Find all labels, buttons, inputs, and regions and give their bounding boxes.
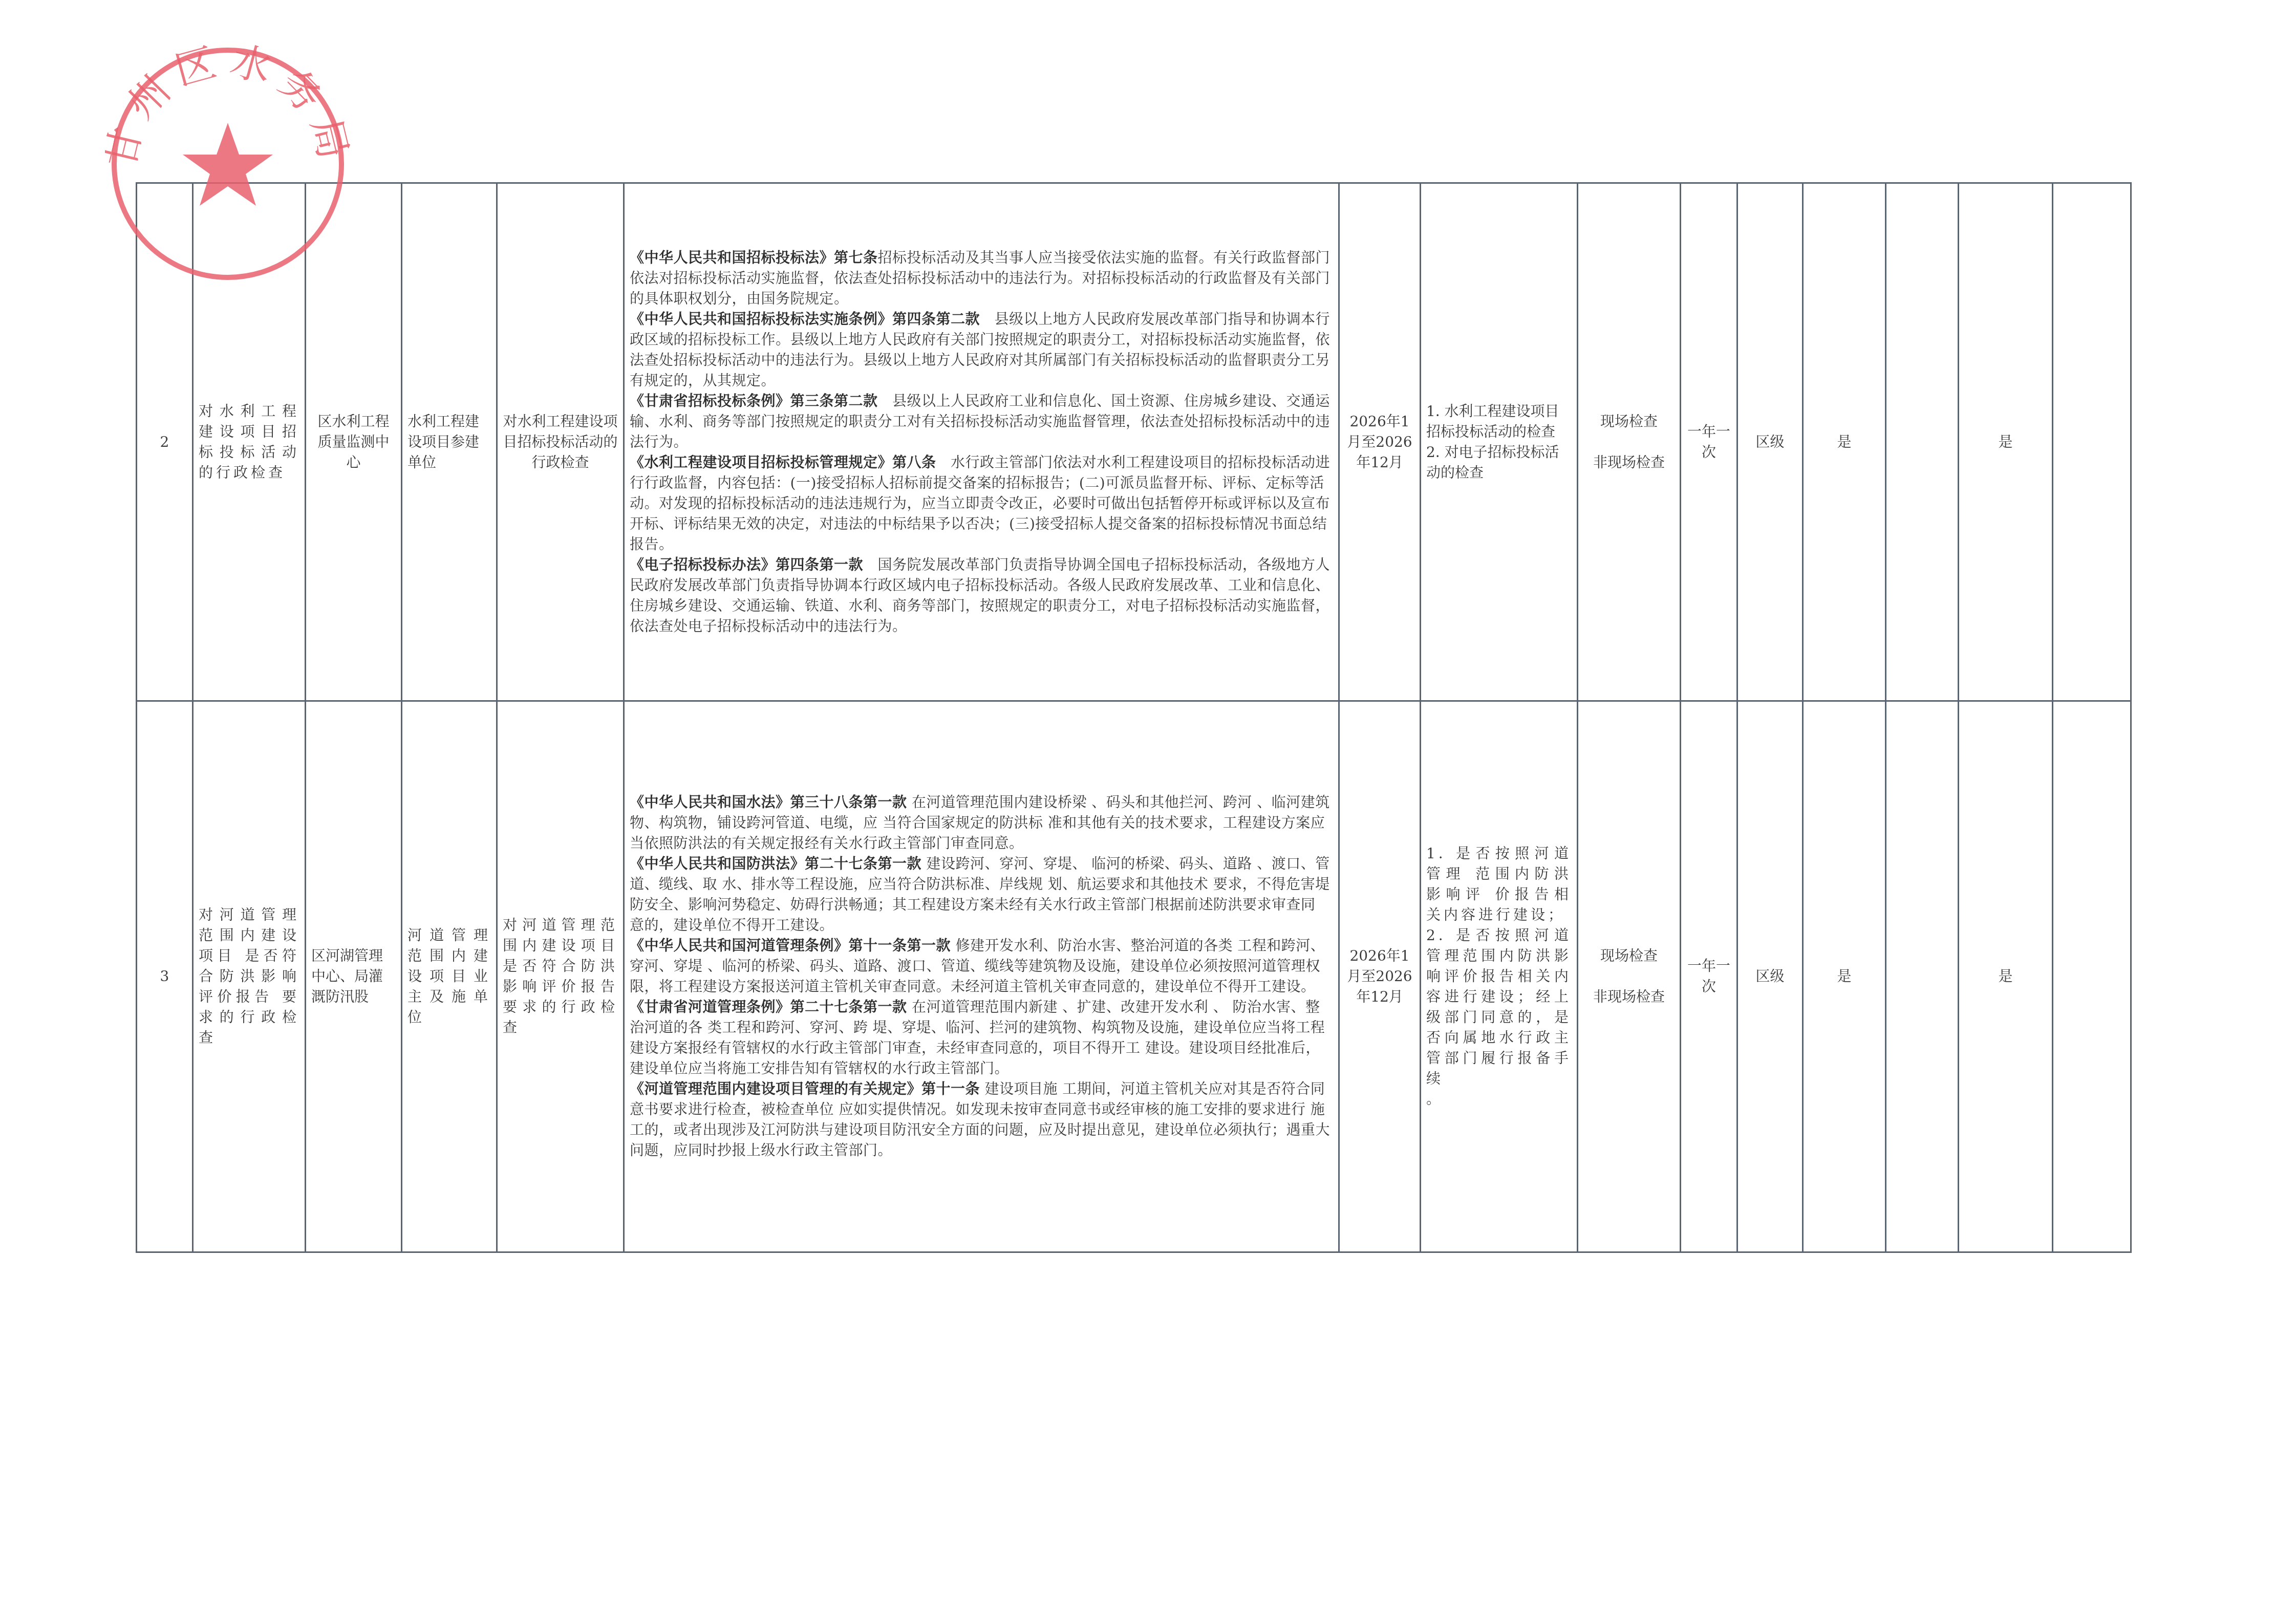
basis-clause: 《甘肃省河道管理条例》第二十七条第一款 在河道管理范围内新建 、扩建、改建开发水… <box>630 997 1333 1079</box>
basis-clause: 《中华人民共和国水法》第三十八条第一款 在河道管理范围内建设桥梁 、码头和其他拦… <box>630 792 1333 854</box>
flag-a: 是 <box>1803 183 1886 701</box>
inspection-content: 对河道管理范围内建设项目是否符合防洪影响评价报告要求的行政检查 <box>497 701 624 1252</box>
seal-text: 甘州区水务局 <box>105 41 351 172</box>
row-index: 2 <box>137 183 193 701</box>
inspection-items: 1. 水利工程建设项目招标投标活动的检查 2. 对电子招标投标活动的检查 <box>1421 183 1578 701</box>
inspection-item: 1. 是否按照河道管理 范围内防洪影响评 价报告相关内容进行建设； <box>1426 843 1572 925</box>
svg-text:甘州区水务局: 甘州区水务局 <box>105 41 351 172</box>
inspection-frequency: 一年一次 <box>1681 183 1737 701</box>
flag-c: 是 <box>1959 701 2053 1252</box>
table-row: 2 对水利工程建设项目招标投标活动的行政检查 区水利工程质量监测中心 水利工程建… <box>137 183 2131 701</box>
basis-clause: 《河道管理范围内建设项目管理的有关规定》第十一条 建设项目施 工期间，河道主管机… <box>630 1079 1333 1161</box>
basis-clause: 《中华人民共和国防洪法》第二十七条第一款 建设跨河、穿河、穿堤、 临河的桥梁、码… <box>630 854 1333 936</box>
basis-clause: 《电子招标投标办法》第四条第一款 国务院发展改革部门负责指导协调全国电子招标投标… <box>630 555 1333 637</box>
implementing-department: 区河湖管理中心、局灌溉防汛股 <box>306 701 402 1252</box>
basis-clause: 《中华人民共和国招标投标法》第七条招标投标活动及其当事人应当接受依法实施的监督。… <box>630 248 1333 309</box>
inspection-content: 对水利工程建设项目招标投标活动的行政检查 <box>497 183 624 701</box>
inspection-matter: 对河道管理范围内建设项目 是否符合防洪影响评价报告 要求的行政检查 <box>193 701 306 1252</box>
basis-clause: 《水利工程建设项目招标投标管理规定》第八条 水行政主管部门依法对水利工程建设项目… <box>630 452 1333 555</box>
flag-b <box>1886 701 1959 1252</box>
method-offsite: 非现场检查 <box>1583 987 1675 1007</box>
method-onsite: 现场检查 <box>1583 946 1675 966</box>
legal-basis: 《中华人民共和国水法》第三十八条第一款 在河道管理范围内建设桥梁 、码头和其他拦… <box>624 701 1339 1252</box>
inspection-period: 2026年1月至2026年12月 <box>1339 183 1421 701</box>
inspection-item: 2. 是否按照河道管理范围内防洪影响评价报告相关内容进行建设；经上级部门同意的，… <box>1426 925 1572 1089</box>
row-index: 3 <box>137 701 193 1252</box>
implementing-department: 区水利工程质量监测中心 <box>306 183 402 701</box>
inspection-item: 。 <box>1426 1089 1572 1110</box>
inspection-methods: 现场检查 非现场检查 <box>1578 701 1681 1252</box>
basis-clause: 《甘肃省招标投标条例》第三条第二款 县级以上人民政府工业和信息化、国土资源、住房… <box>630 391 1333 452</box>
document-page: 2 对水利工程建设项目招标投标活动的行政检查 区水利工程质量监测中心 水利工程建… <box>0 0 2296 1624</box>
flag-b <box>1886 183 1959 701</box>
legal-basis: 《中华人民共和国招标投标法》第七条招标投标活动及其当事人应当接受依法实施的监督。… <box>624 183 1339 701</box>
flag-c: 是 <box>1959 183 2053 701</box>
basis-clause: 《中华人民共和国招标投标法实施条例》第四条第二款 县级以上地方人民政府发展改革部… <box>630 309 1333 391</box>
method-onsite: 现场检查 <box>1583 412 1675 432</box>
inspection-object: 河道管理范围内建设项目业主及施单 位 <box>402 701 497 1252</box>
flag-d <box>2053 183 2131 701</box>
inspection-plan-table: 2 对水利工程建设项目招标投标活动的行政检查 区水利工程质量监测中心 水利工程建… <box>136 182 2132 1253</box>
inspection-object: 水利工程建设项目参建单位 <box>402 183 497 701</box>
inspection-level: 区级 <box>1737 701 1803 1252</box>
inspection-matter: 对水利工程建设项目招标投标活动的行政检查 <box>193 183 306 701</box>
inspection-methods: 现场检查 非现场检查 <box>1578 183 1681 701</box>
inspection-period: 2026年1月至2026年12月 <box>1339 701 1421 1252</box>
table-row: 3 对河道管理范围内建设项目 是否符合防洪影响评价报告 要求的行政检查 区河湖管… <box>137 701 2131 1252</box>
basis-clause: 《中华人民共和国河道管理条例》第十一条第一款 修建开发水利、防治水害、整治河道的… <box>630 936 1333 997</box>
flag-a: 是 <box>1803 701 1886 1252</box>
flag-d <box>2053 701 2131 1252</box>
inspection-level: 区级 <box>1737 183 1803 701</box>
inspection-item: 2. 对电子招标投标活动的检查 <box>1426 442 1572 483</box>
inspection-frequency: 一年一次 <box>1681 701 1737 1252</box>
inspection-item: 1. 水利工程建设项目招标投标活动的检查 <box>1426 401 1572 442</box>
method-offsite: 非现场检查 <box>1583 452 1675 473</box>
inspection-items: 1. 是否按照河道管理 范围内防洪影响评 价报告相关内容进行建设； 2. 是否按… <box>1421 701 1578 1252</box>
